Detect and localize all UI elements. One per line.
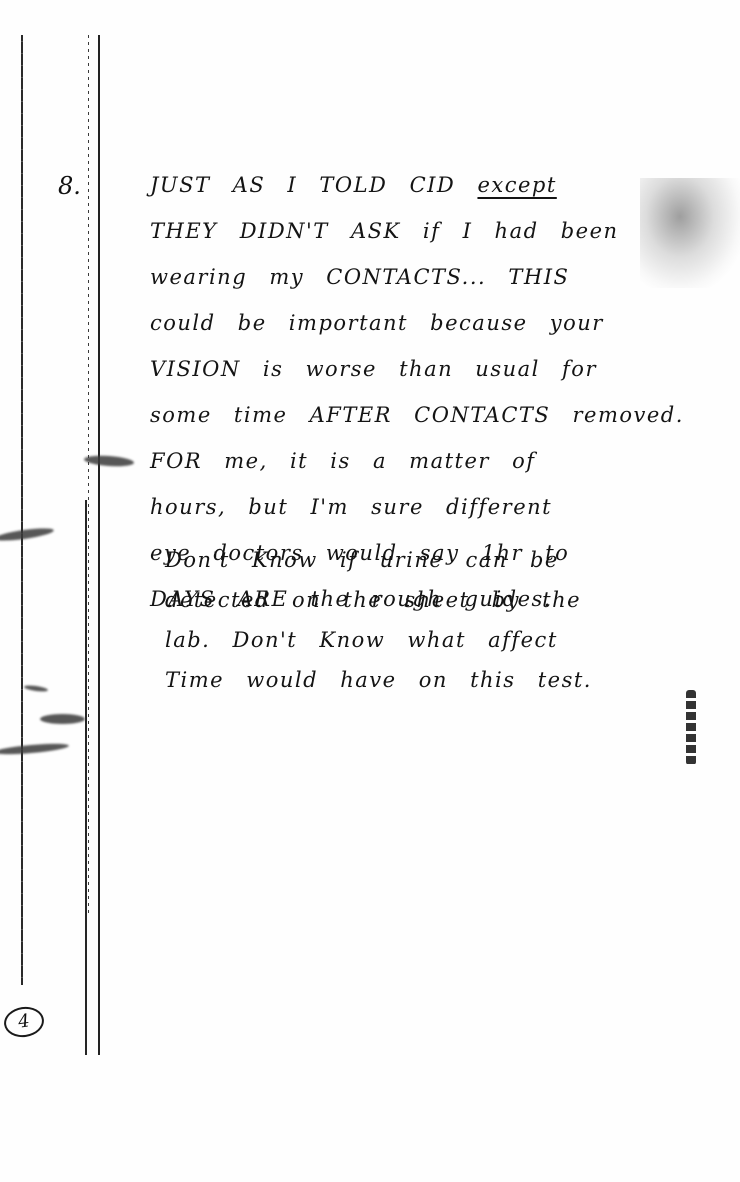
- line-text: lab. Don't Know what affect: [165, 628, 558, 652]
- scan-smudge: [0, 742, 69, 757]
- underlined-word: except: [477, 173, 556, 197]
- line-text: detected on the sheet by the: [165, 588, 581, 612]
- circled-page-number: 4: [2, 1004, 46, 1039]
- line-text: wearing my CONTACTS... THIS: [150, 265, 569, 289]
- right-margin-rule: [98, 35, 100, 1055]
- handwritten-line: detected on the sheet by the: [165, 580, 725, 620]
- handwritten-line: Time would have on this test.: [165, 660, 725, 700]
- edge-marks: [686, 690, 696, 765]
- handwritten-line: VISION is worse than usual for: [150, 346, 710, 392]
- line-text: hours, but I'm sure different: [150, 495, 552, 519]
- scan-smudge: [24, 684, 48, 692]
- handwritten-line: lab. Don't Know what affect: [165, 620, 725, 660]
- item-number: 8.: [58, 172, 81, 200]
- handwritten-line: Don't Know if urine can be: [165, 540, 725, 580]
- line-text: JUST AS I TOLD CID except: [150, 173, 557, 197]
- line-text: Don't Know if urine can be: [165, 548, 559, 572]
- line-text: Time would have on this test.: [165, 668, 592, 692]
- paragraph-2: Don't Know if urine can be detected on t…: [165, 540, 725, 700]
- handwritten-line: THEY DIDN'T ASK if I had been: [150, 208, 710, 254]
- scanned-page: 8. JUST AS I TOLD CID except THEY DIDN'T…: [0, 0, 740, 1182]
- handwritten-line: FOR me, it is a matter of: [150, 438, 710, 484]
- inner-margin-rule: [85, 500, 87, 1055]
- line-text: THEY DIDN'T ASK if I had been: [150, 219, 619, 243]
- line-text: FOR me, it is a matter of: [150, 449, 536, 473]
- scan-smudge: [0, 526, 54, 543]
- line-text: VISION is worse than usual for: [150, 357, 597, 381]
- line-text: could be important because your: [150, 311, 604, 335]
- handwritten-line: hours, but I'm sure different: [150, 484, 710, 530]
- scan-smudge: [40, 714, 85, 724]
- scan-smudge: [84, 454, 135, 467]
- dotted-margin-rule: [88, 35, 89, 915]
- left-margin-rule: [21, 35, 23, 985]
- handwritten-line: wearing my CONTACTS... THIS: [150, 254, 710, 300]
- handwritten-line: some time AFTER CONTACTS removed.: [150, 392, 710, 438]
- handwritten-line: JUST AS I TOLD CID except: [150, 162, 710, 208]
- handwritten-line: could be important because your: [150, 300, 710, 346]
- line-text: some time AFTER CONTACTS removed.: [150, 403, 684, 427]
